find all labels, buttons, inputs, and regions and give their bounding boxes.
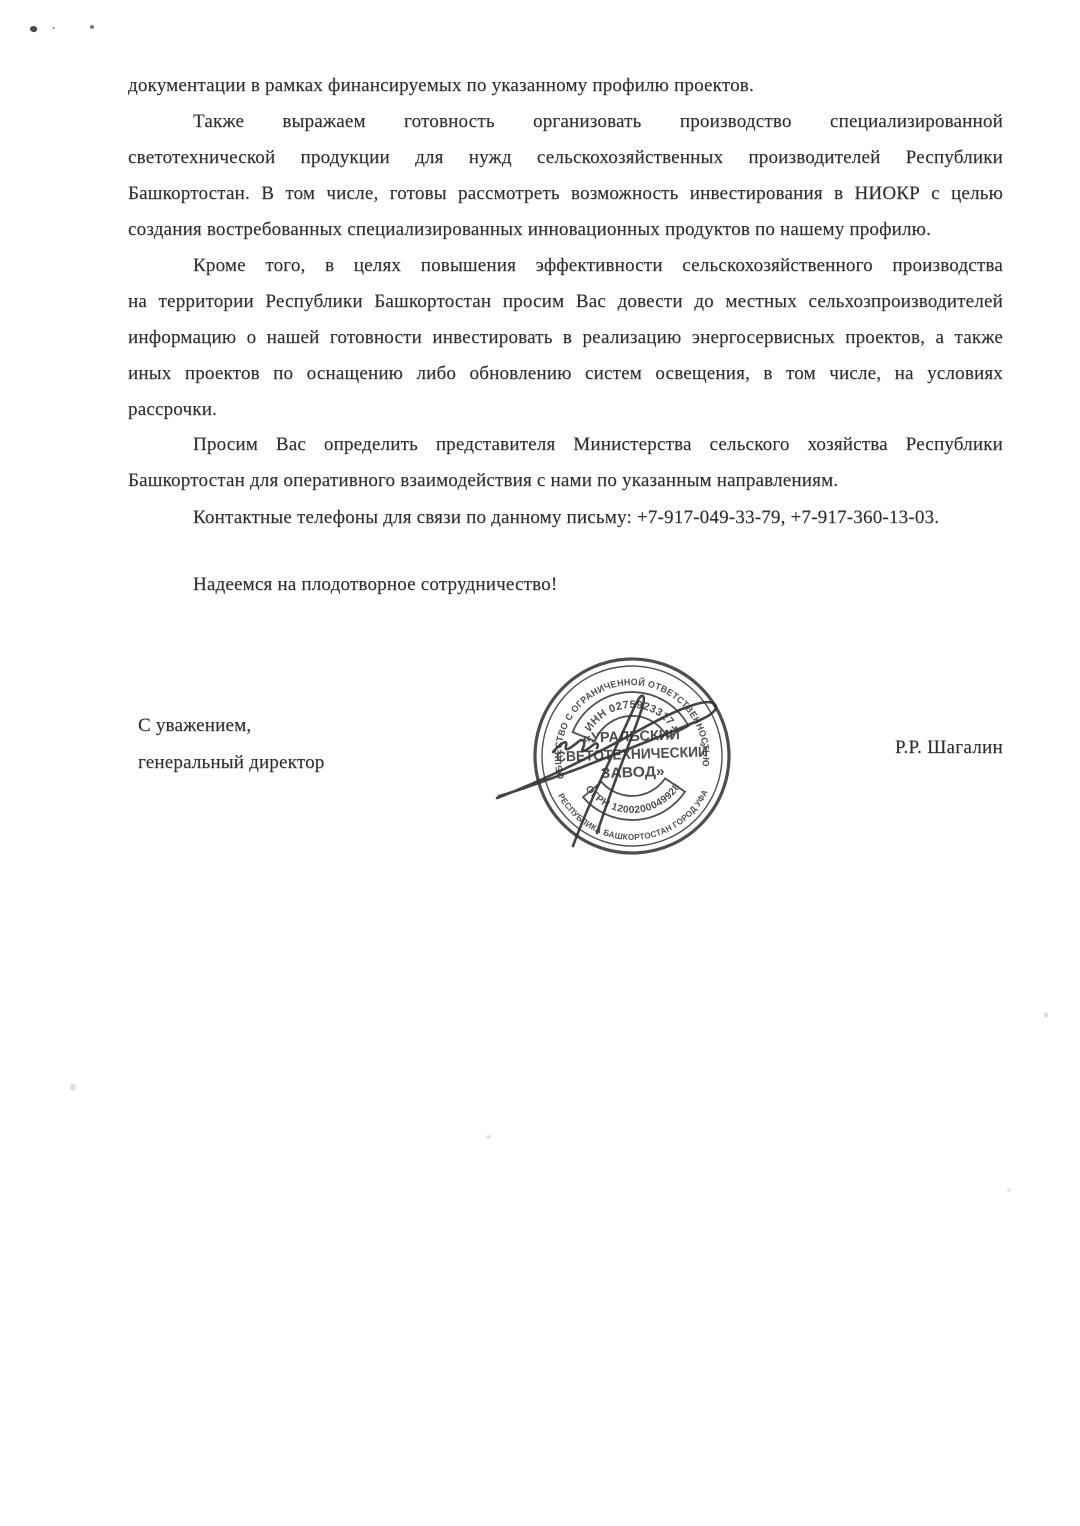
letter-line: на территории Республики Башкортостан пр… <box>128 284 1003 320</box>
letter-line: Кроме того, в целях повышения эффективно… <box>128 248 1003 284</box>
paragraph-contact-phones: Контактные телефоны для связи по данному… <box>128 500 1003 536</box>
letter-line: создания востребованных специализированн… <box>128 212 1003 248</box>
letter-line: Контактные телефоны для связи по данному… <box>128 500 1003 536</box>
letter-line: светотехнической продукции для нужд сель… <box>128 140 1003 176</box>
letter-line: Также выражаем готовность организовать п… <box>128 104 1003 140</box>
letter-line: иных проектов по оснащению либо обновлен… <box>128 356 1003 392</box>
letter-line: документации в рамках финансируемых по у… <box>128 68 1003 104</box>
scan-speckle <box>52 27 55 29</box>
letter-line: Башкортостан. В том числе, готовы рассмо… <box>128 176 1003 212</box>
paragraph-representative-request: Просим Вас определить представителя Мини… <box>128 427 1003 499</box>
scan-speckle <box>90 25 94 29</box>
signature-icon <box>470 640 760 880</box>
letter-line: Просим Вас определить представителя Мини… <box>128 427 1003 463</box>
paragraph-investment-info: Кроме того, в целях повышения эффективно… <box>128 248 1003 428</box>
paragraph-hope-cooperation: Надеемся на плодотворное сотрудничество! <box>128 567 1003 603</box>
scan-speckle <box>29 25 38 33</box>
paragraph-production-offer: Также выражаем готовность организовать п… <box>128 104 1003 248</box>
scan-speckle <box>1044 1012 1048 1018</box>
signature-stroke-squiggle <box>553 740 598 752</box>
scan-speckle <box>70 1084 76 1091</box>
letter-line: рассрочки. <box>128 392 1003 428</box>
signature-stroke-sweep <box>497 702 716 798</box>
signature-flourish <box>470 640 760 880</box>
scan-speckle <box>486 1135 491 1139</box>
scanned-letter-page: документации в рамках финансируемых по у… <box>0 0 1080 1526</box>
letter-line: информацию о нашей готовности инвестиров… <box>128 320 1003 356</box>
scan-speckle <box>1007 1188 1011 1192</box>
letter-line: Башкортостан для оперативного взаимодейс… <box>128 463 1003 499</box>
paragraph-continuation: документации в рамках финансируемых по у… <box>128 68 1003 104</box>
signature-stroke-spike <box>573 696 644 846</box>
letter-line: Надеемся на плодотворное сотрудничество! <box>128 567 1003 603</box>
